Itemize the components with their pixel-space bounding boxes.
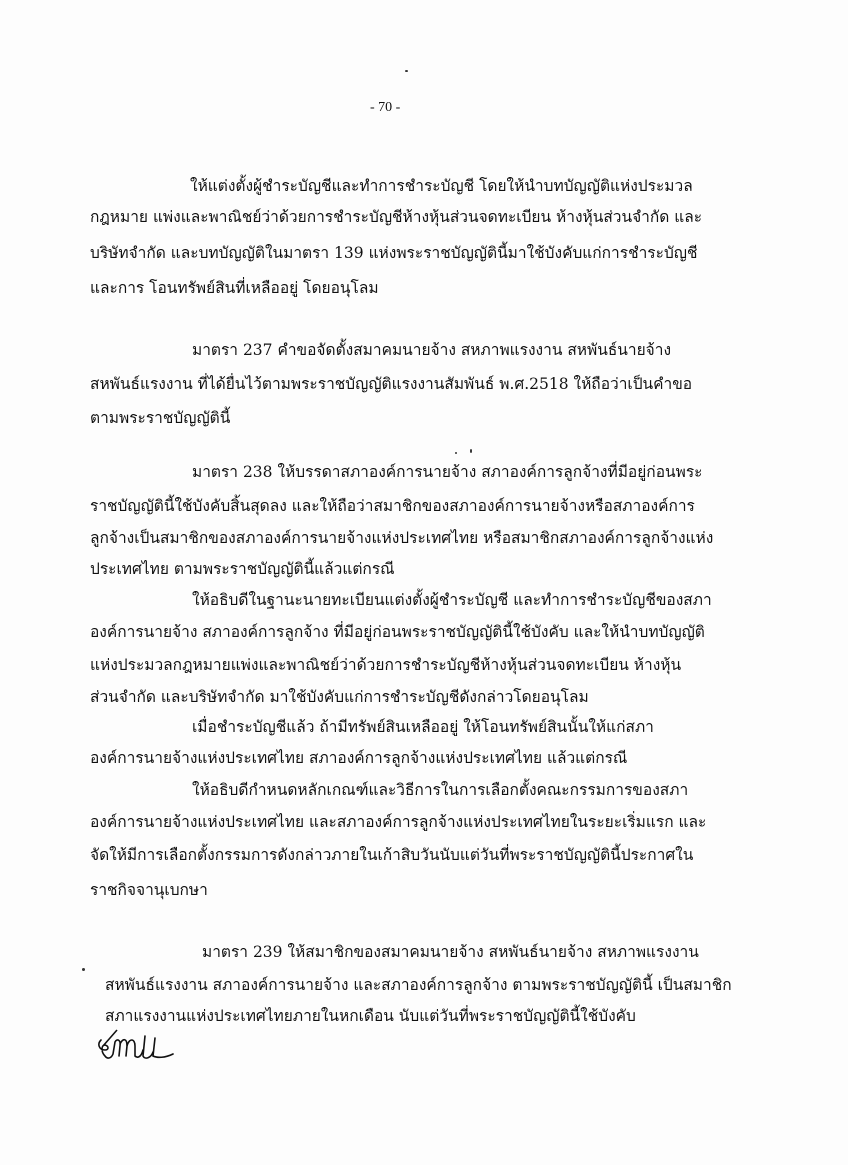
text-line: องค์การนายจ้าง สภาองค์การลูกจ้าง ที่มีอย…: [90, 622, 705, 642]
text-line: ส่วนจำกัด และบริษัทจำกัด มาใช้บังคับแก่ก…: [90, 687, 589, 707]
text-line: บริษัทจำกัด และบทบัญญัติในมาตรา 139 แห่ง…: [90, 243, 698, 263]
scan-speck: [470, 449, 472, 453]
text-line: ราชกิจจานุเบกษา: [90, 880, 208, 900]
document-page: - 70 - ให้แต่งตั้งผู้ชำระบัญชีและทำการชำ…: [0, 0, 848, 1165]
scan-speck: [455, 452, 457, 454]
paragraph-start-line: ให้อธิบดีในฐานะนายทะเบียนแต่งตั้งผู้ชำระ…: [192, 590, 712, 610]
text-line: ราชบัญญัตินี้ใช้บังคับสิ้นสุดลง และให้ถื…: [90, 496, 695, 516]
section-heading-line: มาตรา 238 ให้บรรดาสภาองค์การนายจ้าง สภาอ…: [192, 462, 702, 482]
text-line: ให้แต่งตั้งผู้ชำระบัญชีและทำการชำระบัญชี…: [190, 176, 693, 196]
scan-speck: [82, 968, 85, 971]
text-line: สภาแรงงานแห่งประเทศไทยภายในหกเดือน นับแต…: [105, 1006, 636, 1026]
text-line: สหพันธ์แรงงาน สภาองค์การนายจ้าง และสภาอง…: [105, 975, 732, 995]
text-line: ตามพระราชบัญญัตินี้: [90, 408, 230, 428]
text-line: แห่งประมวลกฎหมายแพ่งและพาณิชย์ว่าด้วยการ…: [90, 655, 681, 675]
scan-speck: [405, 70, 408, 72]
text-line: และการ โอนทรัพย์สินที่เหลืออยู่ โดยอนุโล…: [90, 278, 379, 298]
text-line: ลูกจ้างเป็นสมาชิกของสภาองค์การนายจ้างแห่…: [90, 528, 713, 548]
section-heading-line: มาตรา 237 คำขอจัดตั้งสมาคมนายจ้าง สหภาพแ…: [192, 340, 671, 360]
text-line: ประเทศไทย ตามพระราชบัญญัตินี้แล้วแต่กรณี: [90, 559, 395, 579]
paragraph-start-line: เมื่อชำระบัญชีแล้ว ถ้ามีทรัพย์สินเหลืออย…: [192, 717, 654, 737]
text-line: องค์การนายจ้างแห่งประเทศไทย และสภาองค์กา…: [90, 812, 706, 832]
section-heading-line: มาตรา 239 ให้สมาชิกของสมาคมนายจ้าง สหพัน…: [202, 942, 699, 962]
page-number: - 70 -: [370, 100, 400, 116]
signature-icon: [95, 1028, 180, 1068]
text-line: จัดให้มีการเลือกตั้งกรรมการดังกล่าวภายใน…: [90, 845, 693, 865]
paragraph-start-line: ให้อธิบดีกำหนดหลักเกณฑ์และวิธีการในการเล…: [192, 780, 688, 800]
text-line: สหพันธ์แรงงาน ที่ได้ยื่นไว้ตามพระราชบัญญ…: [90, 374, 692, 394]
text-line: องค์การนายจ้างแห่งประเทศไทย สภาองค์การลู…: [90, 748, 627, 768]
text-line: กฎหมาย แพ่งและพาณิชย์ว่าด้วยการชำระบัญชี…: [90, 207, 702, 227]
